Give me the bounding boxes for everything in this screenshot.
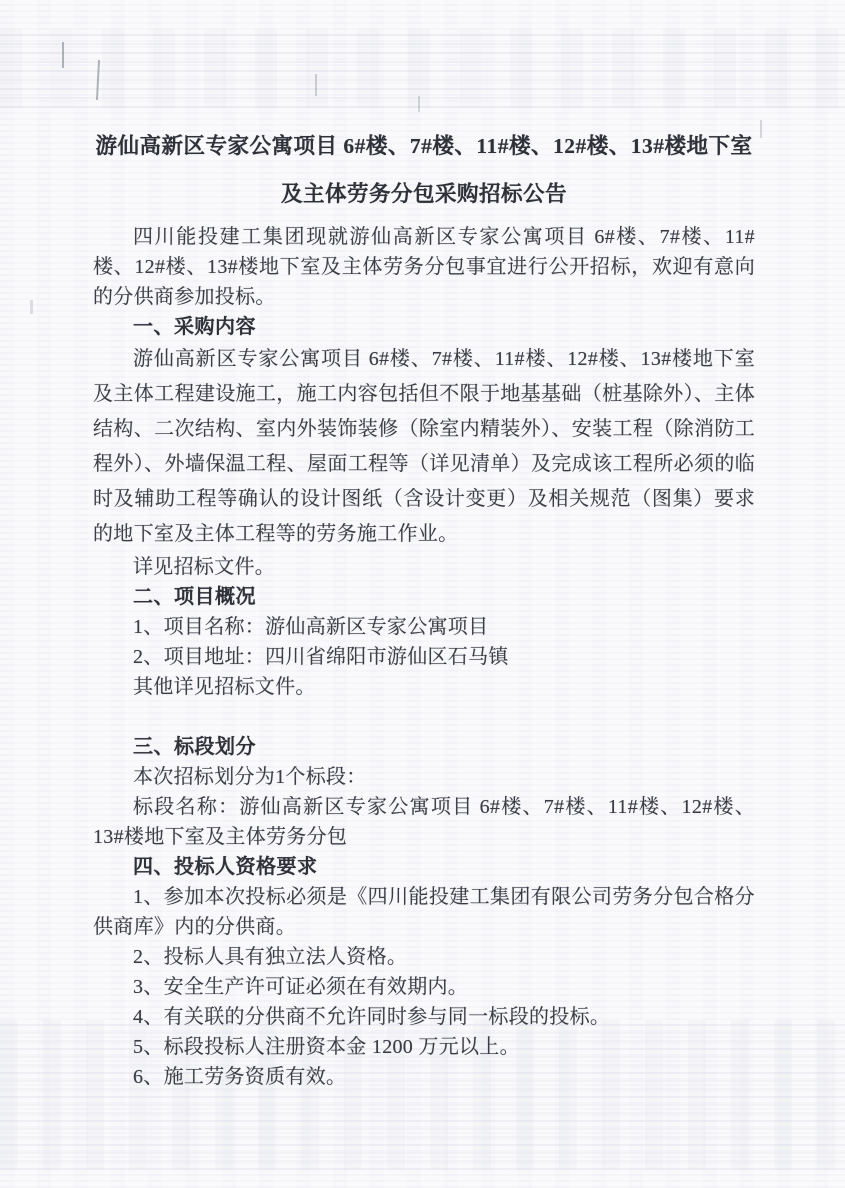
scan-artifact (418, 96, 420, 112)
other-details-note: 其他详见招标文件。 (93, 672, 755, 702)
scan-artifact (30, 300, 33, 314)
section-heading-bid-sections: 三、标段划分 (93, 732, 755, 762)
qualification-item-5: 5、标段投标人注册资本金 1200 万元以上。 (93, 1032, 755, 1062)
scan-artifact (315, 74, 317, 96)
qualification-item-2: 2、投标人具有独立法人资格。 (93, 942, 755, 972)
scanned-document-page: 游仙高新区专家公寓项目 6#楼、7#楼、11#楼、12#楼、13#楼地下室及主体… (0, 0, 845, 1188)
project-address-line: 2、项目地址：四川省绵阳市游仙区石马镇 (93, 642, 755, 672)
qualification-item-6: 6、施工劳务资质有效。 (93, 1062, 755, 1092)
section-heading-bidder-qualifications: 四、投标人资格要求 (93, 852, 755, 882)
qualification-item-4: 4、有关联的分供商不允许同时参与同一标段的投标。 (93, 1002, 755, 1032)
project-name-line: 1、项目名称：游仙高新区专家公寓项目 (93, 612, 755, 642)
document-title: 游仙高新区专家公寓项目 6#楼、7#楼、11#楼、12#楼、13#楼地下室及主体… (93, 122, 755, 218)
scan-artifact (96, 60, 100, 100)
section-heading-purchase-content: 一、采购内容 (93, 312, 755, 342)
purchase-content-paragraph: 游仙高新区专家公寓项目 6#楼、7#楼、11#楼、12#楼、13#楼地下室及主体… (93, 342, 755, 552)
see-tender-document-note: 详见招标文件。 (93, 552, 755, 582)
intro-paragraph: 四川能投建工集团现就游仙高新区专家公寓项目 6#楼、7#楼、11#楼、12#楼、… (93, 222, 755, 312)
qualification-item-3: 3、安全生产许可证必须在有效期内。 (93, 972, 755, 1002)
bid-section-count-line: 本次招标划分为1个标段： (93, 762, 755, 792)
scan-artifact (62, 42, 64, 68)
document-body: 游仙高新区专家公寓项目 6#楼、7#楼、11#楼、12#楼、13#楼地下室及主体… (93, 122, 755, 1092)
bid-section-name-line: 标段名称：游仙高新区专家公寓项目 6#楼、7#楼、11#楼、12#楼、13#楼地… (93, 792, 755, 852)
section-heading-project-overview: 二、项目概况 (93, 582, 755, 612)
qualification-item-1: 1、参加本次投标必须是《四川能投建工集团有限公司劳务分包合格分供商库》内的分供商… (93, 882, 755, 942)
scan-noise-band-top (0, 28, 845, 108)
scan-artifact (760, 120, 762, 138)
